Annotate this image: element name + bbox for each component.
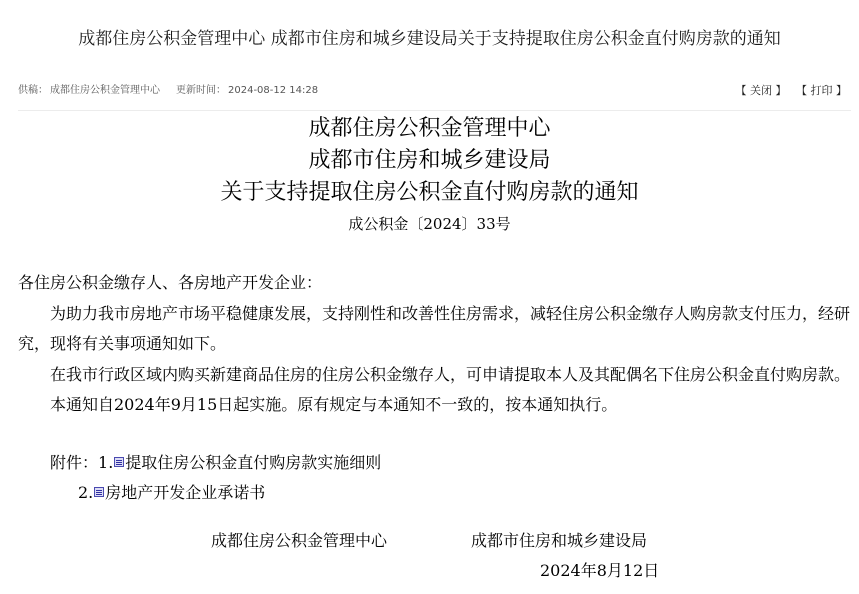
page-title: 成都住房公积金管理中心 成都市住房和城乡建设局关于支持提取住房公积金直付购房款的… — [0, 26, 859, 52]
signature-org-1: 成都住房公积金管理中心 — [211, 526, 387, 556]
document-body: 各住房公积金缴存人、各房地产开发企业： 为助力我市房地产市场平稳健康发展，支持刚… — [18, 268, 854, 421]
body-paragraph: 在我市行政区域内购买新建商品住房的住房公积金缴存人，可申请提取本人及其配偶名下住… — [18, 360, 854, 391]
attachment-row: 附件：1.提取住房公积金直付购房款实施细则 — [50, 448, 381, 478]
attachment-title: 房地产开发企业承诺书 — [105, 483, 265, 502]
page-actions: 【 关闭 】 【 打印 】 — [730, 82, 848, 100]
meta-bar: 供稿：成都住房公积金管理中心更新时间：2024-08-12 14:28 【 关闭… — [18, 82, 851, 100]
attachments-section: 附件：1.提取住房公积金直付购房款实施细则 2.房地产开发企业承诺书 — [50, 448, 381, 508]
attachment-number: 2. — [78, 483, 93, 502]
attachment-title: 提取住房公积金直付购房款实施细则 — [125, 453, 381, 472]
updated-label: 更新时间： — [176, 85, 226, 96]
source-label: 供稿： — [18, 85, 48, 96]
header-divider — [18, 110, 851, 111]
salutation: 各住房公积金缴存人、各房地产开发企业： — [18, 268, 854, 299]
body-paragraph: 为助力我市房地产市场平稳健康发展，支持刚性和改善性住房需求，减轻住房公积金缴存人… — [18, 299, 854, 360]
signature-date: 2024年8月12日 — [540, 556, 659, 586]
attachment-row: 2.房地产开发企业承诺书 — [50, 478, 381, 508]
heading-subject: 关于支持提取住房公积金直付购房款的通知 — [0, 177, 859, 209]
article-meta: 供稿：成都住房公积金管理中心更新时间：2024-08-12 14:28 — [18, 82, 320, 100]
document-number: 成公积金〔2024〕33号 — [0, 209, 859, 239]
attachment-link-developer-commitment[interactable]: 房地产开发企业承诺书 — [93, 483, 265, 502]
heading-issuer-2: 成都市住房和城乡建设局 — [0, 145, 859, 177]
signature-org-2: 成都市住房和城乡建设局 — [471, 526, 647, 556]
body-paragraph: 本通知自2024年9月15日起实施。原有规定与本通知不一致的，按本通知执行。 — [18, 390, 854, 421]
word-doc-icon — [114, 457, 124, 467]
document-heading: 成都住房公积金管理中心 成都市住房和城乡建设局 关于支持提取住房公积金直付购房款… — [0, 113, 859, 239]
attachment-number: 1. — [98, 453, 113, 472]
attachment-link-implementation-rules[interactable]: 提取住房公积金直付购房款实施细则 — [113, 453, 381, 472]
source-value: 成都住房公积金管理中心 — [50, 85, 160, 96]
attachments-label: 附件： — [50, 453, 98, 472]
word-doc-icon — [94, 487, 104, 497]
heading-issuer-1: 成都住房公积金管理中心 — [0, 113, 859, 145]
close-button[interactable]: 【 关闭 】 — [736, 84, 787, 97]
updated-value: 2024-08-12 14:28 — [228, 85, 318, 96]
print-button[interactable]: 【 打印 】 — [796, 84, 847, 97]
